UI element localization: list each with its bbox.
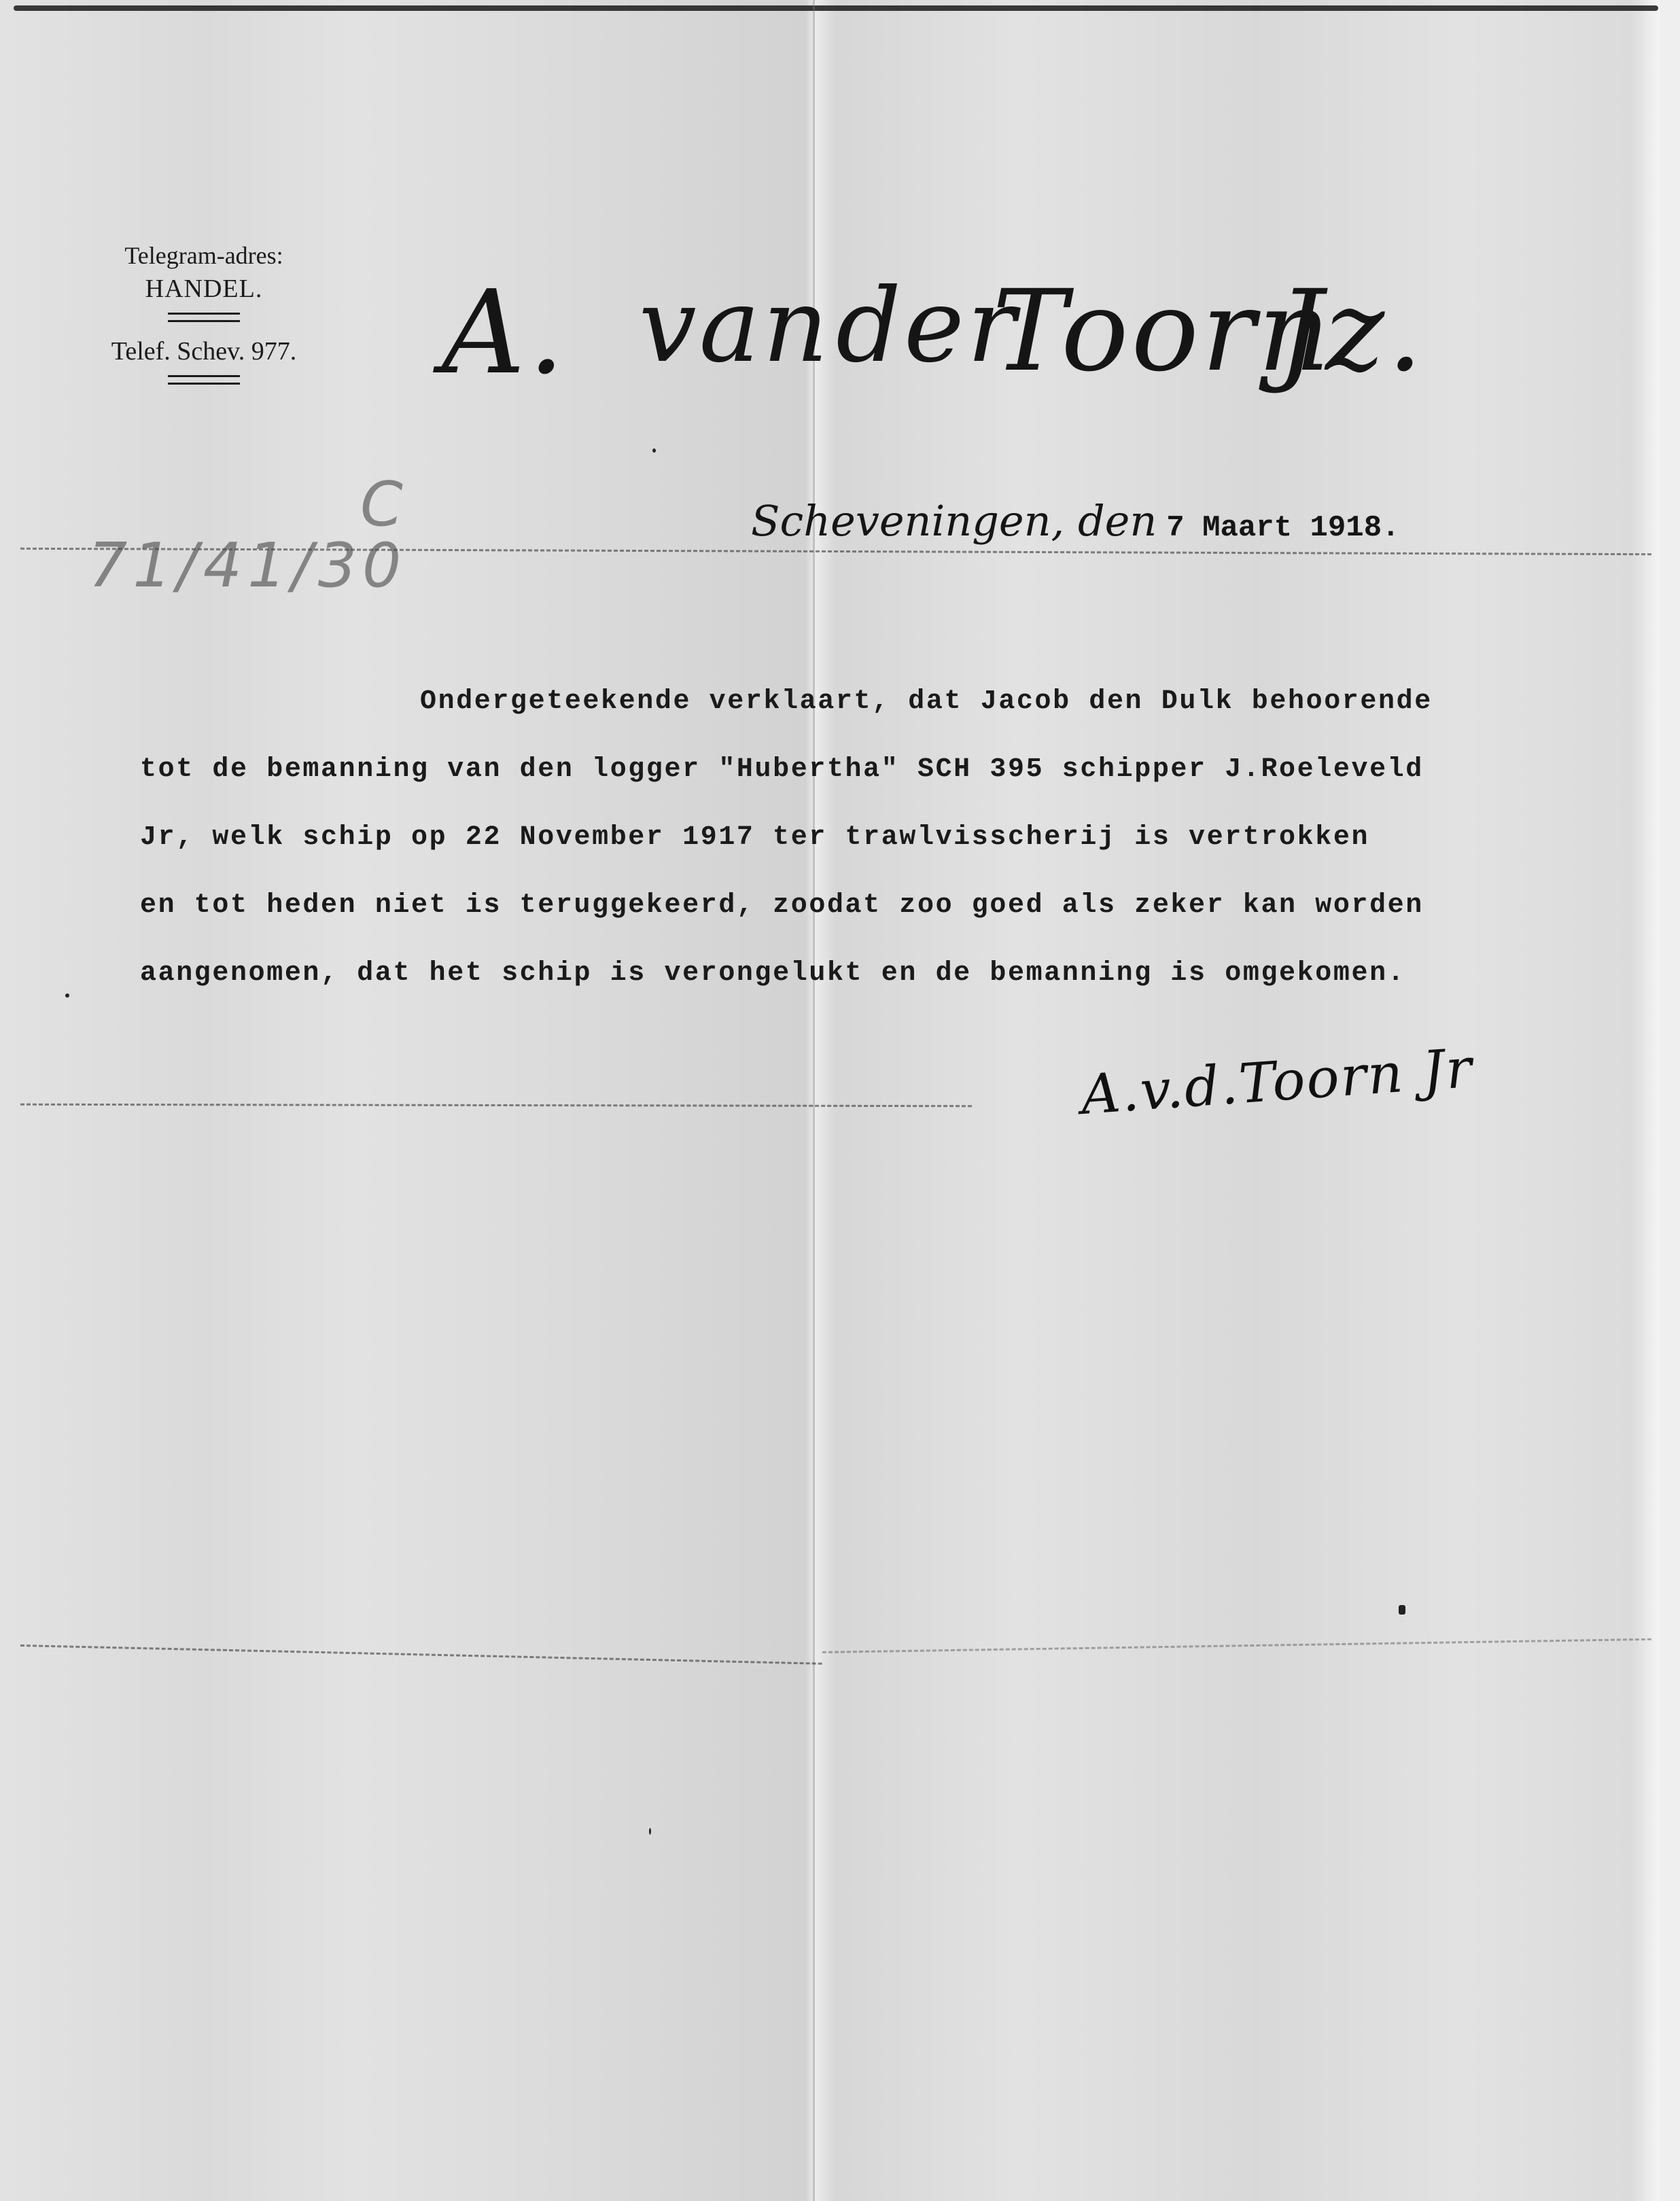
telegram-label: Telegram-adres: — [88, 239, 319, 272]
ink-speck — [65, 993, 69, 998]
telegram-address: HANDEL. — [88, 272, 319, 306]
ink-speck — [1399, 1605, 1405, 1615]
company-letterhead: A. van der Toorn Jz. — [435, 234, 1495, 425]
double-rule-divider — [168, 313, 240, 322]
horizontal-fold-crease — [20, 1644, 822, 1665]
letterhead-suffix: Jz. — [1278, 275, 1426, 387]
place-and-date: Scheveningen, den 7 Maart 1918. — [751, 496, 1400, 546]
body-line: Ondergeteekende verklaart, dat Jacob den… — [140, 682, 1601, 750]
body-line: en tot heden niet is teruggekeerd, zooda… — [140, 885, 1601, 953]
horizontal-fold-crease — [20, 1104, 972, 1107]
ink-speck — [649, 1828, 651, 1835]
horizontal-fold-crease — [822, 1638, 1651, 1653]
pencil-reference-number: 71/41/30 — [88, 530, 406, 601]
body-line: Jr, welk schip op 22 November 1917 ter t… — [140, 817, 1601, 885]
ink-speck — [652, 448, 656, 453]
letter-body: Ondergeteekende verklaart, dat Jacob den… — [140, 682, 1601, 1021]
body-line: tot de bemanning van den logger "Huberth… — [140, 750, 1601, 817]
handwritten-signature: A.v.d.Toorn Jr — [1079, 1036, 1475, 1127]
pencil-letter: C — [360, 469, 403, 540]
letter-paper: Telegram-adres: HANDEL. Telef. Schev. 97… — [0, 0, 1680, 2201]
body-line: aangenomen, dat het schip is verongelukt… — [140, 953, 1601, 1021]
telegram-contact-block: Telegram-adres: HANDEL. Telef. Schev. 97… — [88, 239, 319, 385]
double-rule-divider — [168, 375, 240, 385]
paper-right-margin — [1660, 0, 1680, 2201]
date-typed: 7 Maart 1918. — [1166, 511, 1399, 545]
letterhead-word: van — [639, 275, 831, 377]
letterhead-initial: A. — [442, 275, 567, 391]
paper-top-edge — [14, 5, 1658, 11]
place-printed: Scheveningen, den — [751, 496, 1157, 546]
letterhead-word: der — [836, 275, 1019, 377]
telephone-number: Telef. Schev. 977. — [88, 334, 319, 368]
pencil-annotation: 71/41/30 C — [88, 469, 415, 646]
